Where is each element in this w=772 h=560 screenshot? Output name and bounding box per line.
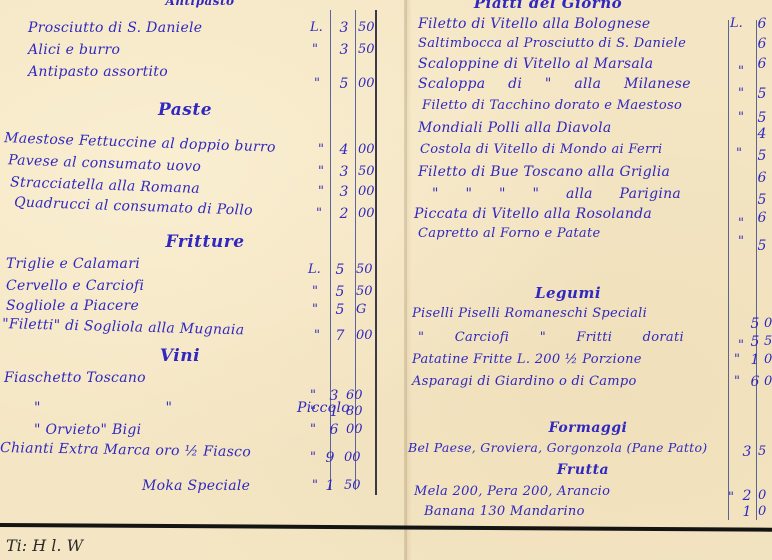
section-title-frutta: Frutta <box>538 462 628 478</box>
section-title-vini: Vini <box>140 346 220 366</box>
right-border-line <box>375 10 377 495</box>
right-page: Piatti del Giorno Filetto di Vitello all… <box>408 0 772 520</box>
bottom-rule <box>0 523 772 532</box>
section-title-legumi: Legumi <box>518 284 618 302</box>
section-title-fritture: Fritture <box>140 232 270 252</box>
section-title-piatti-del-giorno: Piatti del Giorno <box>448 0 648 12</box>
section-title-paste: Paste <box>120 100 250 120</box>
left-page: Antipasto Prosciutto di S. Daniele L. 3 … <box>0 0 405 520</box>
section-title-antipasto: Antipasto <box>140 0 260 8</box>
signature: Ti: H l. W <box>6 536 83 555</box>
lire-column-line <box>728 20 729 520</box>
section-title-formaggi: Formaggi <box>528 420 648 436</box>
